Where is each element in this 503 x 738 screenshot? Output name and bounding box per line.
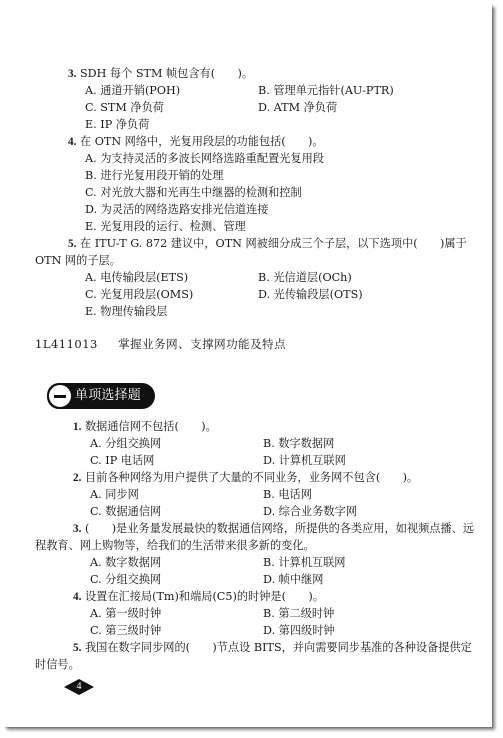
option-d: D. 光传输段层(OTS) bbox=[258, 288, 363, 302]
page-number-badge: 4 bbox=[64, 679, 94, 695]
option-a: A. 通道开销(POH) bbox=[85, 84, 180, 98]
option-a: A. 同步网 bbox=[90, 488, 139, 502]
question-5-stem: 5. 我国在数字同步网的( )节点设 BITS，并向需要同步基准的各种设备提供定 bbox=[73, 641, 472, 655]
option-d: D. 帧中继网 bbox=[263, 573, 323, 587]
section-title: 掌握业务网、支撑网功能及特点 bbox=[118, 337, 286, 351]
question-1-stem: 1. 数据通信网不包括( )。 bbox=[73, 420, 217, 434]
section-heading: 1L411013 掌握业务网、支撑网功能及特点 bbox=[35, 337, 286, 351]
badge-label: 单项选择题 bbox=[75, 387, 141, 404]
option-d: D. 综合业务数字网 bbox=[263, 505, 357, 519]
page-number: 4 bbox=[64, 680, 94, 694]
option-c: C. 光复用段层(OMS) bbox=[85, 288, 193, 302]
option-d: D. ATM 净负荷 bbox=[258, 101, 337, 115]
option-c: C. 第三级时钟 bbox=[90, 624, 161, 638]
question-3-stem-continued: 程教育、网上购物等，给我们的生活带来很多新的变化。 bbox=[35, 539, 315, 553]
option-a: A. 为支持灵活的多波长网络选路重配置光复用段 bbox=[85, 152, 324, 166]
option-c: C. 分组交换网 bbox=[90, 573, 161, 587]
question-4-stem: 4. 设置在汇接局(Tm)和端局(C5)的时钟是( )。 bbox=[73, 590, 324, 604]
option-a: A. 分组交换网 bbox=[90, 437, 161, 451]
book-page: 3. SDH 每个 STM 帧包含有( )。 A. 通道开销(POH) B. 管… bbox=[4, 4, 492, 727]
option-c: C. IP 电话网 bbox=[90, 454, 154, 468]
section-code: 1L411013 bbox=[35, 337, 98, 351]
option-b: B. 电话网 bbox=[263, 488, 312, 502]
option-b: B. 进行光复用段开销的处理 bbox=[85, 169, 223, 183]
question-5-stem-continued: 时信号。 bbox=[35, 658, 80, 672]
single-choice-badge: 单项选择题 bbox=[47, 383, 155, 409]
option-c: C. STM 净负荷 bbox=[85, 101, 164, 115]
option-b: B. 管理单元指针(AU-PTR) bbox=[258, 84, 394, 98]
option-a: A. 电传输段层(ETS) bbox=[85, 271, 188, 285]
option-b: B. 计算机互联网 bbox=[263, 556, 345, 570]
option-d: D. 计算机互联网 bbox=[263, 454, 346, 468]
option-e: E. 光复用段的运行、检测、管理 bbox=[85, 220, 246, 234]
question-3-stem: 3. ( )是业务量发展最快的数据通信网络，所提供的各类应用，如视频点播、远 bbox=[73, 522, 474, 536]
question-4-stem: 4. 在 OTN 网络中，光复用段层的功能包括( )。 bbox=[68, 135, 324, 149]
option-d: D. 为灵活的网络选路安排光信道连接 bbox=[85, 203, 269, 217]
question-3-stem: 3. SDH 每个 STM 帧包含有( )。 bbox=[68, 67, 253, 81]
option-a: A. 第一级时钟 bbox=[90, 607, 161, 621]
option-c: C. 对光放大器和光再生中继器的检测和控制 bbox=[85, 186, 302, 200]
question-2-stem: 2. 目前各种网络为用户提供了大量的不同业务，业务网不包含( )。 bbox=[73, 471, 418, 485]
circle-minus-icon bbox=[48, 384, 72, 408]
option-e: E. 物理传输段层 bbox=[85, 305, 167, 319]
question-5-stem-continued: OTN 网的子层。 bbox=[35, 254, 121, 268]
option-b: B. 数字数据网 bbox=[263, 437, 334, 451]
option-e: E. IP 净负荷 bbox=[85, 118, 149, 132]
option-b: B. 第二级时钟 bbox=[263, 607, 334, 621]
option-d: D. 第四级时钟 bbox=[263, 624, 335, 638]
option-b: B. 光信道层(OCh) bbox=[258, 271, 352, 285]
option-a: A. 数字数据网 bbox=[90, 556, 161, 570]
option-c: C. 数据通信网 bbox=[90, 505, 161, 519]
question-5-stem: 5. 在 ITU-T G. 872 建议中，OTN 网被细分成三个子层，以下选项… bbox=[68, 237, 467, 251]
